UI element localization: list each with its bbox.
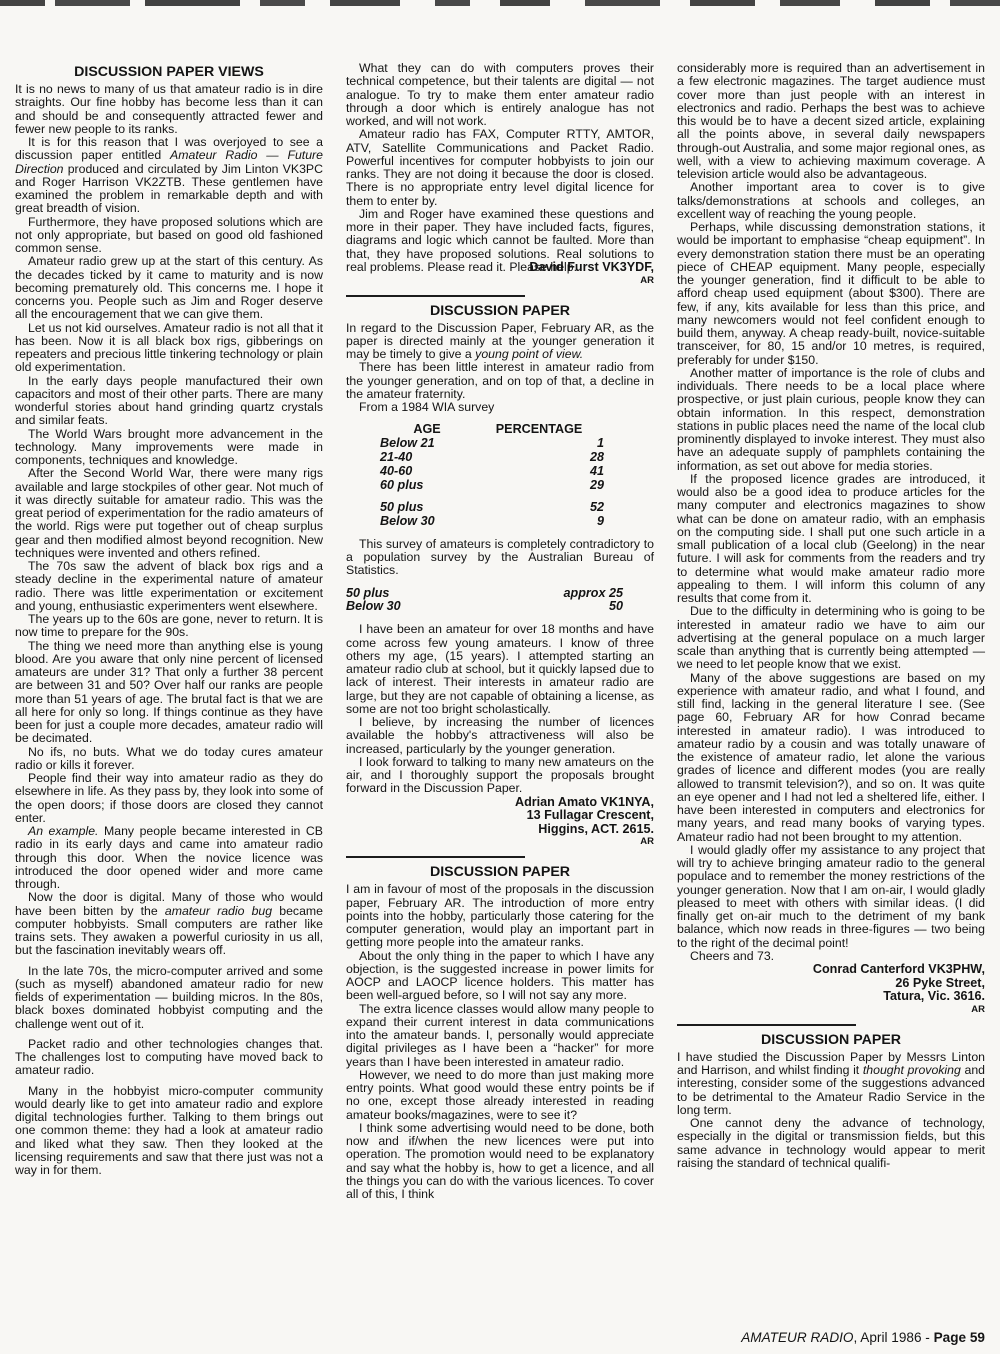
paragraph: Now the door is digital. Many of those w…: [15, 891, 323, 957]
paragraph: I believe, by increasing the number of l…: [346, 716, 654, 756]
paragraph: considerably more is required than an ad…: [677, 62, 985, 181]
paragraph: Perhaps, while discussing demonstration …: [677, 221, 985, 367]
paragraph: Another matter of importance is the role…: [677, 367, 985, 473]
paragraph: The World Wars brought more advancement …: [15, 428, 323, 468]
paragraph: There has been little interest in amateu…: [346, 361, 654, 401]
paragraph: The extra licence classes would allow ma…: [346, 1003, 654, 1069]
column-left: DISCUSSION PAPER VIEWSIt is no news to m…: [15, 62, 323, 1201]
paragraph: From a 1984 WIA survey: [346, 401, 654, 414]
survey-table: AGEPERCENTAGEBelow 21121-402840-604160 p…: [380, 423, 604, 529]
column-right: considerably more is required than an ad…: [677, 62, 985, 1201]
survey-table: 50 plusapprox 25Below 3050: [346, 587, 623, 615]
paragraph: Amateur radio grew up at the start of th…: [15, 255, 323, 321]
paragraph: Let us not kid ourselves. Amateur radio …: [15, 322, 323, 375]
paragraph: Another important area to cover is to gi…: [677, 181, 985, 221]
paragraph: Cheers and 73.: [677, 950, 985, 963]
signature: Conrad Canterford VK3PHW,26 Pyke Street,…: [677, 963, 985, 1015]
paragraph: Amateur radio has FAX, Computer RTTY, AM…: [346, 128, 654, 208]
section-divider: [346, 856, 525, 858]
paragraph: Many of the above suggestions are based …: [677, 672, 985, 844]
paragraph: Packet radio and other technologies chan…: [15, 1038, 323, 1078]
paragraph: After the Second World War, there were m…: [15, 467, 323, 560]
paragraph: However, we need to do more than just ma…: [346, 1069, 654, 1122]
paragraph: In the late 70s, the micro-computer arri…: [15, 965, 323, 1031]
paragraph: This survey of amateurs is completely co…: [346, 538, 654, 578]
paragraph: No ifs, no buts. What we do today cures …: [15, 746, 323, 773]
paragraph: In the early days people manufactured th…: [15, 375, 323, 428]
paragraph: I have been an amateur for over 18 month…: [346, 623, 654, 716]
column-middle: What they can do with computers proves t…: [346, 62, 654, 1201]
section-heading: DISCUSSION PAPER: [677, 1032, 985, 1048]
paragraph: People find their way into amateur radio…: [15, 772, 323, 825]
paragraph: The years up to the 60s are gone, never …: [15, 613, 323, 640]
paragraph: I am in favour of most of the proposals …: [346, 883, 654, 949]
section-heading: DISCUSSION PAPER VIEWS: [15, 64, 323, 80]
section-divider: [346, 295, 525, 297]
magazine-page: DISCUSSION PAPER VIEWSIt is no news to m…: [0, 0, 1000, 1201]
paragraph: In regard to the Discussion Paper, Febru…: [346, 322, 654, 362]
paragraph: The 70s saw the advent of black box rigs…: [15, 560, 323, 613]
paragraph: I would gladly offer my assistance to an…: [677, 844, 985, 950]
signature: Adrian Amato VK1NYA,13 Fullagar Crescent…: [346, 796, 654, 848]
article-columns: DISCUSSION PAPER VIEWSIt is no news to m…: [0, 0, 1000, 1201]
paragraph: Furthermore, they have proposed solution…: [15, 216, 323, 256]
paragraph: It is for this reason that I was overjoy…: [15, 136, 323, 216]
paragraph: I think some advertising would need to b…: [346, 1122, 654, 1202]
section-heading: DISCUSSION PAPER: [346, 864, 654, 880]
section-heading: DISCUSSION PAPER: [346, 303, 654, 319]
paragraph: The thing we need more than anything els…: [15, 640, 323, 746]
paragraph: I have studied the Discussion Paper by M…: [677, 1051, 985, 1117]
paragraph: About the only thing in the paper to whi…: [346, 950, 654, 1003]
paragraph: I look forward to talking to many new am…: [346, 756, 654, 796]
paragraph: If the proposed licence grades are intro…: [677, 473, 985, 606]
paragraph: An example. Many people became intereste…: [15, 825, 323, 891]
section-divider: [677, 1024, 856, 1026]
paragraph: It is no news to many of us that amateur…: [15, 83, 323, 136]
scan-artifact-top-edge: [0, 0, 1000, 6]
page-footer: AMATEUR RADIO, April 1986 - Page 59: [741, 1330, 985, 1345]
paragraph: Many in the hobbyist micro-computer comm…: [15, 1085, 323, 1178]
paragraph: What they can do with computers proves t…: [346, 62, 654, 128]
paragraph: One cannot deny the advance of technolog…: [677, 1117, 985, 1170]
paragraph: Due to the difficulty in determining who…: [677, 605, 985, 671]
